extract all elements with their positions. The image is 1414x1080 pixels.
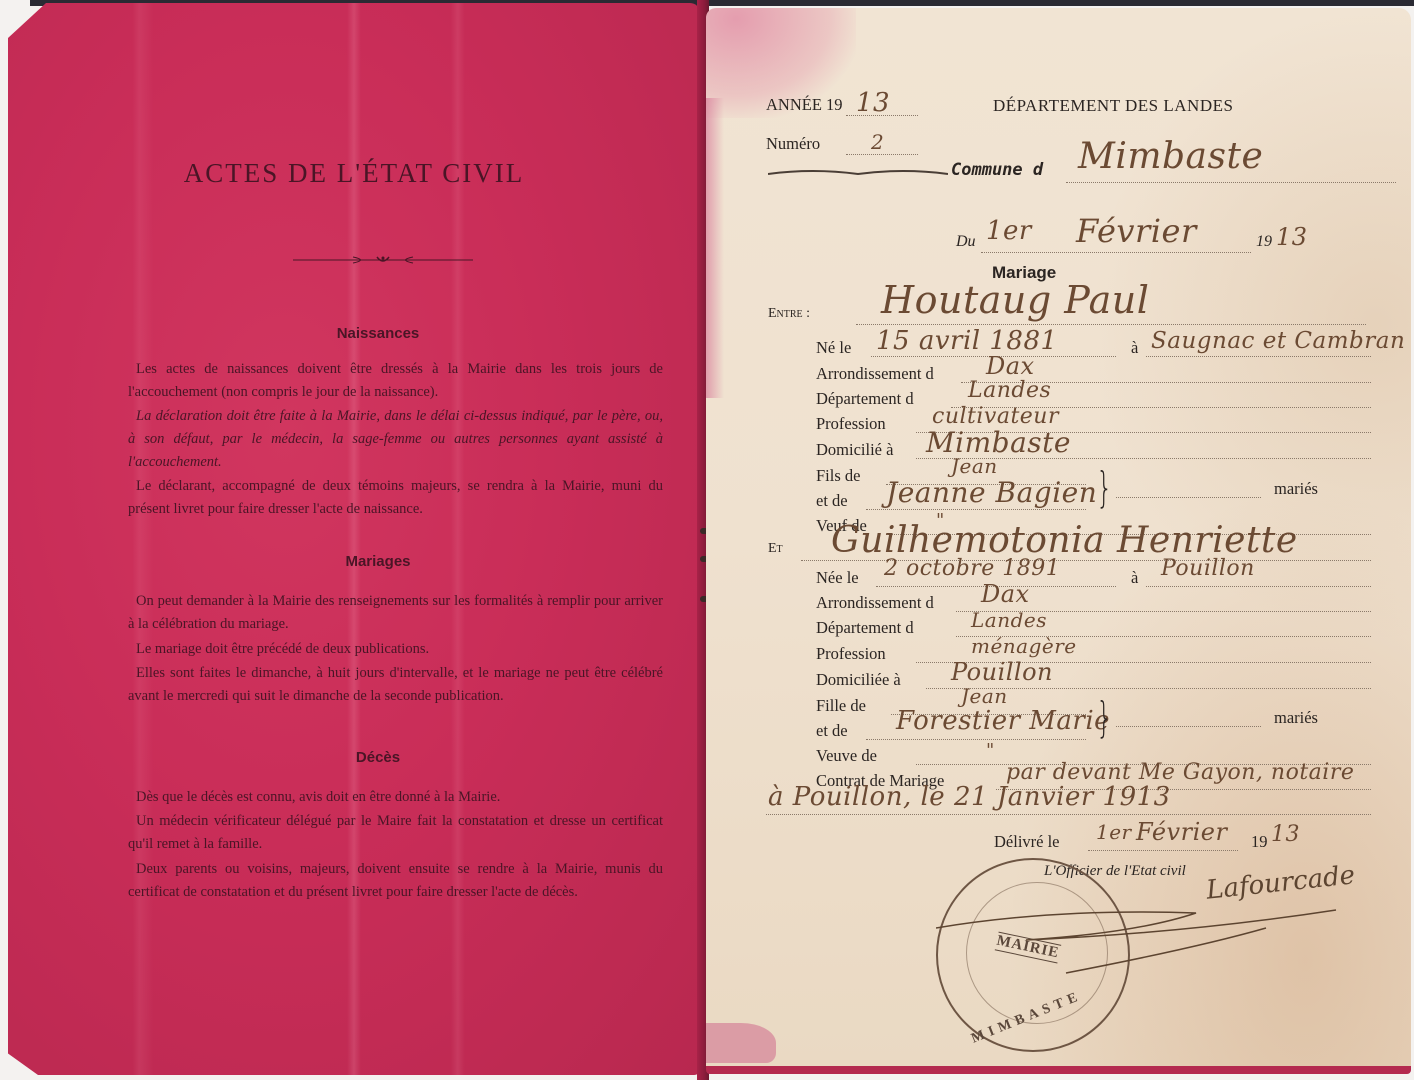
groom-et-de-label: et de	[816, 491, 848, 511]
groom-departement-label: Département d	[816, 389, 914, 409]
groom-name: Houtaug Paul	[881, 278, 1149, 322]
delivre-year-value: 13	[1271, 822, 1300, 847]
annee-value: 13	[856, 88, 890, 118]
departement-heading: DÉPARTEMENT DES LANDES	[993, 96, 1233, 116]
groom-arrondissement: Dax	[986, 352, 1035, 380]
left-page-cover: ACTES DE L'ÉTAT CIVIL Naissances Les act…	[8, 3, 700, 1075]
contract-line-2: à Pouillon, le 21 Janvier 1913	[768, 782, 1171, 812]
bride-profession: ménagère	[971, 634, 1077, 658]
entre-label: Entre :	[768, 306, 810, 322]
du-month: Février	[1076, 212, 1197, 250]
groom-arrondissement-label: Arrondissement d	[816, 364, 934, 384]
ink-stain	[706, 98, 724, 398]
bride-et-de-label: et de	[816, 721, 848, 741]
bride-father: Jean	[961, 684, 1008, 708]
groom-maries-label: mariés	[1274, 479, 1318, 499]
groom-a-label: à	[1131, 338, 1138, 358]
groom-birth-place: Saugnac et Cambran	[1151, 328, 1405, 354]
du-label: Du	[956, 233, 976, 251]
annee-label: ANNÉE 19	[766, 95, 843, 115]
bride-et-label: Et	[768, 541, 783, 557]
numero-label: Numéro	[766, 134, 820, 154]
groom-ne-le-label: Né le	[816, 338, 851, 358]
groom-mother: Jeanne Bagien	[886, 476, 1097, 509]
mariages-paragraph-2: Le mariage doit être précédé de deux pub…	[128, 638, 663, 661]
bride-birth-place: Pouillon	[1161, 556, 1255, 581]
bride-departement-label: Département d	[816, 618, 914, 638]
swash-ornament-icon	[768, 166, 948, 180]
left-page-title: ACTES DE L'ÉTAT CIVIL	[8, 158, 700, 189]
groom-fils-de-label: Fils de	[816, 466, 860, 486]
bride-arrondissement: Dax	[981, 580, 1030, 608]
brace-icon: }	[1096, 463, 1112, 512]
mariages-paragraph-3: Elles sont faites le dimanche, à huit jo…	[128, 662, 663, 708]
groom-profession-label: Profession	[816, 414, 886, 434]
ornament-divider-icon	[293, 253, 473, 267]
bride-mother: Forestier Marie	[896, 706, 1110, 736]
naissances-paragraph-1: Les actes de naissances doivent être dre…	[128, 358, 663, 404]
bride-a-label: à	[1131, 568, 1138, 588]
section-heading-deces: Décès	[8, 749, 748, 766]
du-day: 1er	[986, 216, 1032, 246]
bride-domicile: Pouillon	[951, 658, 1053, 686]
ink-stain	[706, 1023, 776, 1063]
bride-fille-de-label: Fille de	[816, 696, 866, 716]
naissances-paragraph-3: Le déclarant, accompagné de deux témoins…	[128, 475, 663, 521]
numero-value: 2	[871, 130, 884, 154]
section-heading-mariages: Mariages	[8, 553, 748, 570]
bride-domicile-label: Domiciliée à	[816, 670, 901, 690]
bride-maries-label: mariés	[1274, 708, 1318, 728]
bride-veuve-de-label: Veuve de	[816, 746, 877, 766]
bride-birth-date: 2 octobre 1891	[884, 556, 1060, 581]
du-year-prefix: 19	[1256, 233, 1272, 251]
brace-icon: }	[1096, 693, 1112, 742]
groom-domicile: Mimbaste	[926, 426, 1071, 459]
commune-label: Commune d	[951, 160, 1043, 180]
groom-father: Jean	[951, 454, 998, 478]
delivre-day: 1er	[1096, 820, 1132, 844]
deces-paragraph-3: Deux parents ou voisins, majeurs, doiven…	[128, 858, 663, 904]
naissances-paragraph-2: La déclaration doit être faite à la Mair…	[128, 405, 663, 474]
signature-flourish-icon	[936, 888, 1356, 978]
commune-value: Mimbaste	[1078, 136, 1263, 177]
delivre-month: Février	[1136, 818, 1227, 846]
section-heading-naissances: Naissances	[8, 325, 748, 342]
mariages-paragraph-1: On peut demander à la Mairie des renseig…	[128, 590, 663, 636]
bride-arrondissement-label: Arrondissement d	[816, 593, 934, 613]
deces-paragraph-2: Un médecin vérificateur délégué par le M…	[128, 810, 663, 856]
delivre-le-label: Délivré le	[994, 832, 1060, 852]
bride-departement: Landes	[971, 608, 1047, 632]
du-year-value: 13	[1276, 223, 1308, 251]
bride-veuve-de: "	[986, 740, 995, 761]
right-page-marriage-record: ANNÉE 19 13 Numéro 2 DÉPARTEMENT DES LAN…	[706, 8, 1411, 1074]
bride-name: Guilhemotonia Henriette	[831, 520, 1298, 561]
deces-paragraph-1: Dès que le décès est connu, avis doit en…	[128, 786, 663, 809]
bride-profession-label: Profession	[816, 644, 886, 664]
bride-nee-le-label: Née le	[816, 568, 859, 588]
delivre-year-prefix: 19	[1251, 832, 1268, 852]
groom-departement: Landes	[968, 378, 1051, 403]
groom-domicile-label: Domicilié à	[816, 440, 893, 460]
